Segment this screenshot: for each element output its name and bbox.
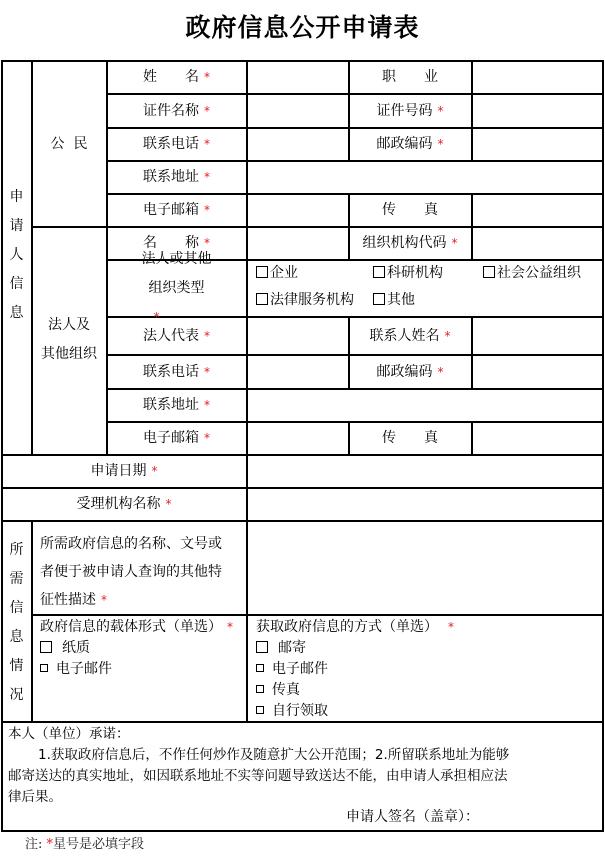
checkbox[interactable] — [373, 293, 385, 305]
org-type-option-other[interactable]: 其他 — [373, 290, 415, 311]
label-char: 申 — [10, 183, 24, 212]
org-postcode-input[interactable] — [473, 355, 602, 388]
checkbox[interactable] — [256, 266, 268, 278]
checkbox[interactable] — [256, 706, 264, 714]
commitment-text: 律后果。 — [8, 787, 509, 808]
delivery-option-pickup[interactable]: 自行领取 — [256, 701, 454, 722]
citizen-id-number-label: 证件号码* — [349, 94, 471, 127]
info-description-input[interactable] — [248, 521, 602, 614]
table-border-right — [602, 60, 604, 831]
org-fax-input[interactable] — [473, 422, 602, 454]
info-description-label: 所需政府信息的名称、文号或 者便于被申请人查询的其他特 征性描述* — [40, 530, 222, 614]
option-label: 电子邮件 — [56, 661, 112, 677]
delivery-method-group: 获取政府信息的方式（单选）* 邮寄 电子邮件 传真 自行领取 — [256, 617, 454, 722]
org-type-option-enterprise[interactable]: 企业 — [256, 263, 298, 284]
org-type-label: 法人或其他 组织类型* — [107, 260, 246, 316]
org-code-input[interactable] — [473, 227, 602, 259]
org-email-input[interactable] — [248, 422, 348, 454]
carrier-option-paper[interactable]: 纸质 — [40, 638, 233, 659]
label-line: 法人及 — [48, 311, 90, 340]
option-label: 科研机构 — [387, 265, 443, 281]
required-mark: * — [152, 465, 158, 477]
option-label: 自行领取 — [272, 703, 328, 719]
citizen-name-label: 姓 名* — [107, 61, 246, 93]
apply-date-label: 申请日期* — [2, 455, 246, 487]
delivery-option-fax[interactable]: 传真 — [256, 680, 454, 701]
label-text: 受理机构名称 — [77, 497, 161, 511]
label-line: 所需政府信息的名称、文号或 — [40, 530, 222, 558]
label-text: 获取政府信息的方式（单选） — [256, 619, 438, 635]
label-text: 证件号码 — [377, 104, 433, 118]
org-fax-label: 传 真 — [349, 422, 471, 454]
required-mark: * — [101, 593, 107, 607]
citizen-fax-label: 传 真 — [349, 194, 471, 226]
page-title: 政府信息公开申请表 — [0, 8, 605, 44]
checkbox[interactable] — [256, 685, 264, 693]
delivery-option-email[interactable]: 电子邮件 — [256, 659, 454, 680]
citizen-address-input[interactable] — [248, 161, 602, 193]
label-text: 申请日期 — [91, 464, 147, 478]
citizen-occupation-label: 职 业 — [349, 61, 471, 93]
org-address-input[interactable] — [248, 389, 602, 421]
citizen-name-input[interactable] — [248, 61, 348, 93]
citizen-occupation-input[interactable] — [473, 61, 602, 93]
required-mark: * — [438, 105, 444, 117]
delivery-method-label: 获取政府信息的方式（单选）* — [256, 617, 454, 638]
carrier-option-email[interactable]: 电子邮件 — [40, 659, 233, 680]
note-prefix: 注: — [25, 837, 42, 852]
commitment-block: 本人（单位）承诺： 1.获取政府信息后，不作任何炒作及随意扩大公开范围；2.所留… — [8, 724, 509, 808]
commitment-heading: 本人（单位）承诺： — [8, 724, 509, 745]
org-name-input[interactable] — [248, 227, 348, 259]
label-line: 法人或其他 — [142, 245, 212, 274]
required-mark: * — [204, 399, 210, 411]
label-char: 息 — [10, 623, 24, 652]
checkbox[interactable] — [40, 664, 48, 672]
option-label: 其他 — [387, 292, 415, 308]
org-legal-rep-input[interactable] — [248, 317, 348, 354]
signature-label: 申请人签名（盖章）： — [346, 807, 479, 828]
option-label: 传真 — [272, 682, 300, 698]
required-mark: * — [445, 330, 451, 342]
commitment-text: 邮寄送达的真实地址，如因联系地址不实等问题导致送达不能，由申请人承担相应法 — [8, 766, 509, 787]
label-text: 姓 名 — [143, 70, 199, 84]
organization-group-label: 法人及 其他组织 — [32, 310, 106, 370]
label-text: 电子邮箱 — [143, 203, 199, 217]
checkbox[interactable] — [256, 293, 268, 305]
label-text: 法人代表 — [143, 329, 199, 343]
required-mark: * — [448, 620, 454, 634]
citizen-fax-input[interactable] — [473, 194, 602, 226]
label-text: 联系地址 — [143, 398, 199, 412]
required-mark: * — [204, 171, 210, 183]
org-legal-rep-label: 法人代表* — [107, 317, 246, 354]
label-text: 联系电话 — [143, 365, 199, 379]
required-mark: * — [227, 620, 233, 634]
agency-name-label: 受理机构名称* — [2, 488, 246, 520]
citizen-email-label: 电子邮箱* — [107, 194, 246, 226]
label-text: 邮政编码 — [377, 137, 433, 151]
org-contact-name-input[interactable] — [473, 317, 602, 354]
carrier-form-label: 政府信息的载体形式（单选）* — [40, 617, 233, 638]
label-char: 情 — [10, 652, 24, 681]
org-type-option-legal-service[interactable]: 法律服务机构 — [256, 290, 354, 311]
label-text: 联系地址 — [143, 170, 199, 184]
citizen-phone-label: 联系电话* — [107, 128, 246, 160]
citizen-email-input[interactable] — [248, 194, 348, 226]
table-border-bottom — [1, 830, 604, 832]
label-char: 息 — [10, 299, 24, 328]
option-label: 邮寄 — [278, 640, 306, 656]
option-label: 电子邮件 — [272, 661, 328, 677]
label-char: 信 — [10, 270, 24, 299]
required-mark: * — [452, 237, 458, 249]
option-label: 社会公益组织 — [497, 265, 581, 281]
label-text: 组织机构代码 — [363, 236, 447, 250]
label-text: 联系人姓名 — [370, 329, 440, 343]
agency-name-input[interactable] — [248, 488, 602, 520]
required-mark: * — [204, 105, 210, 117]
applicant-info-label: 申 请 人 信 息 — [1, 190, 32, 320]
citizen-id-type-label: 证件名称* — [107, 94, 246, 127]
checkbox[interactable] — [256, 641, 268, 653]
org-email-label: 电子邮箱* — [107, 422, 246, 454]
apply-date-input[interactable] — [248, 455, 602, 487]
note-text: 星号是必填字段 — [53, 837, 144, 852]
checkbox[interactable] — [256, 664, 264, 672]
label-char: 需 — [10, 565, 24, 594]
checkbox[interactable] — [373, 266, 385, 278]
label-text: 联系电话 — [143, 137, 199, 151]
label-text: 组织类型 — [149, 274, 205, 303]
option-label: 法律服务机构 — [270, 292, 354, 308]
required-note: 注: *星号是必填字段 — [25, 833, 144, 852]
org-type-option-research[interactable]: 科研机构 — [373, 263, 443, 284]
option-label: 企业 — [270, 265, 298, 281]
label-char: 况 — [10, 681, 24, 710]
required-mark: * — [204, 432, 210, 444]
required-mark: * — [438, 366, 444, 378]
label-char: 请 — [10, 212, 24, 241]
citizen-phone-input[interactable] — [248, 128, 348, 160]
citizen-address-label: 联系地址* — [107, 161, 246, 193]
org-address-label: 联系地址* — [107, 389, 246, 421]
label-char: 所 — [10, 536, 24, 565]
label-line: 其他组织 — [41, 340, 97, 369]
label-line: 者便于被申请人查询的其他特 — [40, 558, 222, 586]
required-mark: * — [204, 204, 210, 216]
citizen-postcode-input[interactable] — [473, 128, 602, 160]
label-line: 征性描述* — [40, 586, 222, 614]
citizen-group-label: 公 民 — [32, 127, 106, 160]
citizen-postcode-label: 邮政编码* — [349, 128, 471, 160]
required-mark: * — [204, 138, 210, 150]
org-postcode-label: 邮政编码* — [349, 355, 471, 388]
checkbox[interactable] — [40, 641, 52, 653]
org-phone-label: 联系电话* — [107, 355, 246, 388]
org-type-option-public-welfare[interactable]: 社会公益组织 — [483, 263, 581, 284]
label-text: 政府信息的载体形式（单选） — [40, 619, 222, 635]
delivery-option-mail[interactable]: 邮寄 — [256, 638, 454, 659]
label-char: 人 — [10, 241, 24, 270]
org-phone-input[interactable] — [248, 355, 348, 388]
org-code-label: 组织机构代码* — [349, 227, 471, 259]
table-border-left — [1, 60, 3, 831]
required-mark: * — [204, 330, 210, 342]
label-text: 证件名称 — [143, 104, 199, 118]
required-mark: * — [438, 138, 444, 150]
option-label: 纸质 — [62, 640, 90, 656]
carrier-form-group: 政府信息的载体形式（单选）* 纸质 电子邮件 — [40, 617, 233, 680]
required-mark: * — [204, 366, 210, 378]
commitment-text: 1.获取政府信息后，不作任何炒作及随意扩大公开范围；2.所留联系地址为能够 — [8, 745, 509, 766]
required-mark: * — [204, 71, 210, 83]
label-text: 征性描述 — [40, 592, 96, 608]
org-contact-name-label: 联系人姓名* — [349, 317, 471, 354]
label-text: 电子邮箱 — [143, 431, 199, 445]
label-char: 信 — [10, 594, 24, 623]
label-text: 邮政编码 — [377, 365, 433, 379]
requested-info-label: 所 需 信 息 情 况 — [1, 538, 32, 708]
checkbox[interactable] — [483, 266, 495, 278]
required-mark: * — [166, 498, 172, 510]
citizen-id-type-input[interactable] — [248, 94, 348, 127]
citizen-id-number-input[interactable] — [473, 94, 602, 127]
divider — [31, 614, 603, 616]
